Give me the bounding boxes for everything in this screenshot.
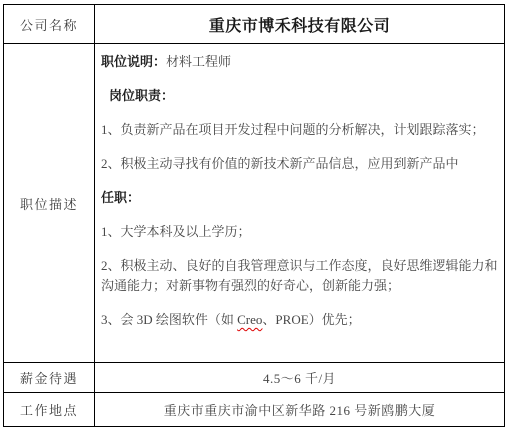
table-row-description: 职位描述 职位说明：材料工程师 岗位职责： 1、负责新产品在项目开发过程中问题的…	[4, 44, 505, 363]
table-row-location: 工作地点 重庆市重庆市渝中区新华路 216 号新鸥鹏大厦	[4, 393, 505, 427]
table-row-company: 公司名称 重庆市博禾科技有限公司	[4, 5, 505, 44]
job-info-table: 公司名称 重庆市博禾科技有限公司 职位描述 职位说明：材料工程师 岗位职责： 1…	[3, 4, 505, 427]
table-row-salary: 薪金待遇 4.5～6 千/月	[4, 363, 505, 393]
location-label: 工作地点	[4, 393, 95, 427]
company-name-label: 公司名称	[4, 5, 95, 44]
job-title-heading: 职位说明：	[101, 54, 166, 69]
requirement-3-suffix: 、PROE）优先；	[262, 312, 360, 327]
requirements-heading: 任职：	[101, 188, 498, 208]
requirement-item: 2、积极主动、良好的自我管理意识与工作态度，良好思维逻辑能力和沟通能力；对新事物…	[101, 256, 498, 296]
salary-label: 薪金待遇	[4, 363, 95, 393]
document-page: 公司名称 重庆市博禾科技有限公司 职位描述 职位说明：材料工程师 岗位职责： 1…	[0, 0, 509, 429]
duty-item: 1、负责新产品在项目开发过程中问题的分析解决，计划跟踪落实；	[101, 120, 498, 140]
duty-item: 2、积极主动寻找有价值的新技术新产品信息，应用到新产品中	[101, 154, 498, 174]
requirement-item: 3、会 3D 绘图软件（如 Creo、PROE）优先；	[101, 310, 498, 330]
location-value: 重庆市重庆市渝中区新华路 216 号新鸥鹏大厦	[95, 393, 505, 427]
company-name-value: 重庆市博禾科技有限公司	[95, 5, 505, 44]
job-title-line: 职位说明：材料工程师	[101, 52, 498, 72]
requirement-item: 1、大学本科及以上学历；	[101, 222, 498, 242]
duties-heading: 岗位职责：	[101, 86, 498, 106]
job-description-content: 职位说明：材料工程师 岗位职责： 1、负责新产品在项目开发过程中问题的分析解决，…	[95, 44, 505, 363]
spellcheck-underlined-word: Creo	[237, 312, 262, 327]
job-description-label: 职位描述	[4, 44, 95, 363]
salary-value: 4.5～6 千/月	[95, 363, 505, 393]
job-title-value: 材料工程师	[166, 54, 231, 69]
requirement-3-prefix: 3、会 3D 绘图软件（如	[101, 312, 237, 327]
